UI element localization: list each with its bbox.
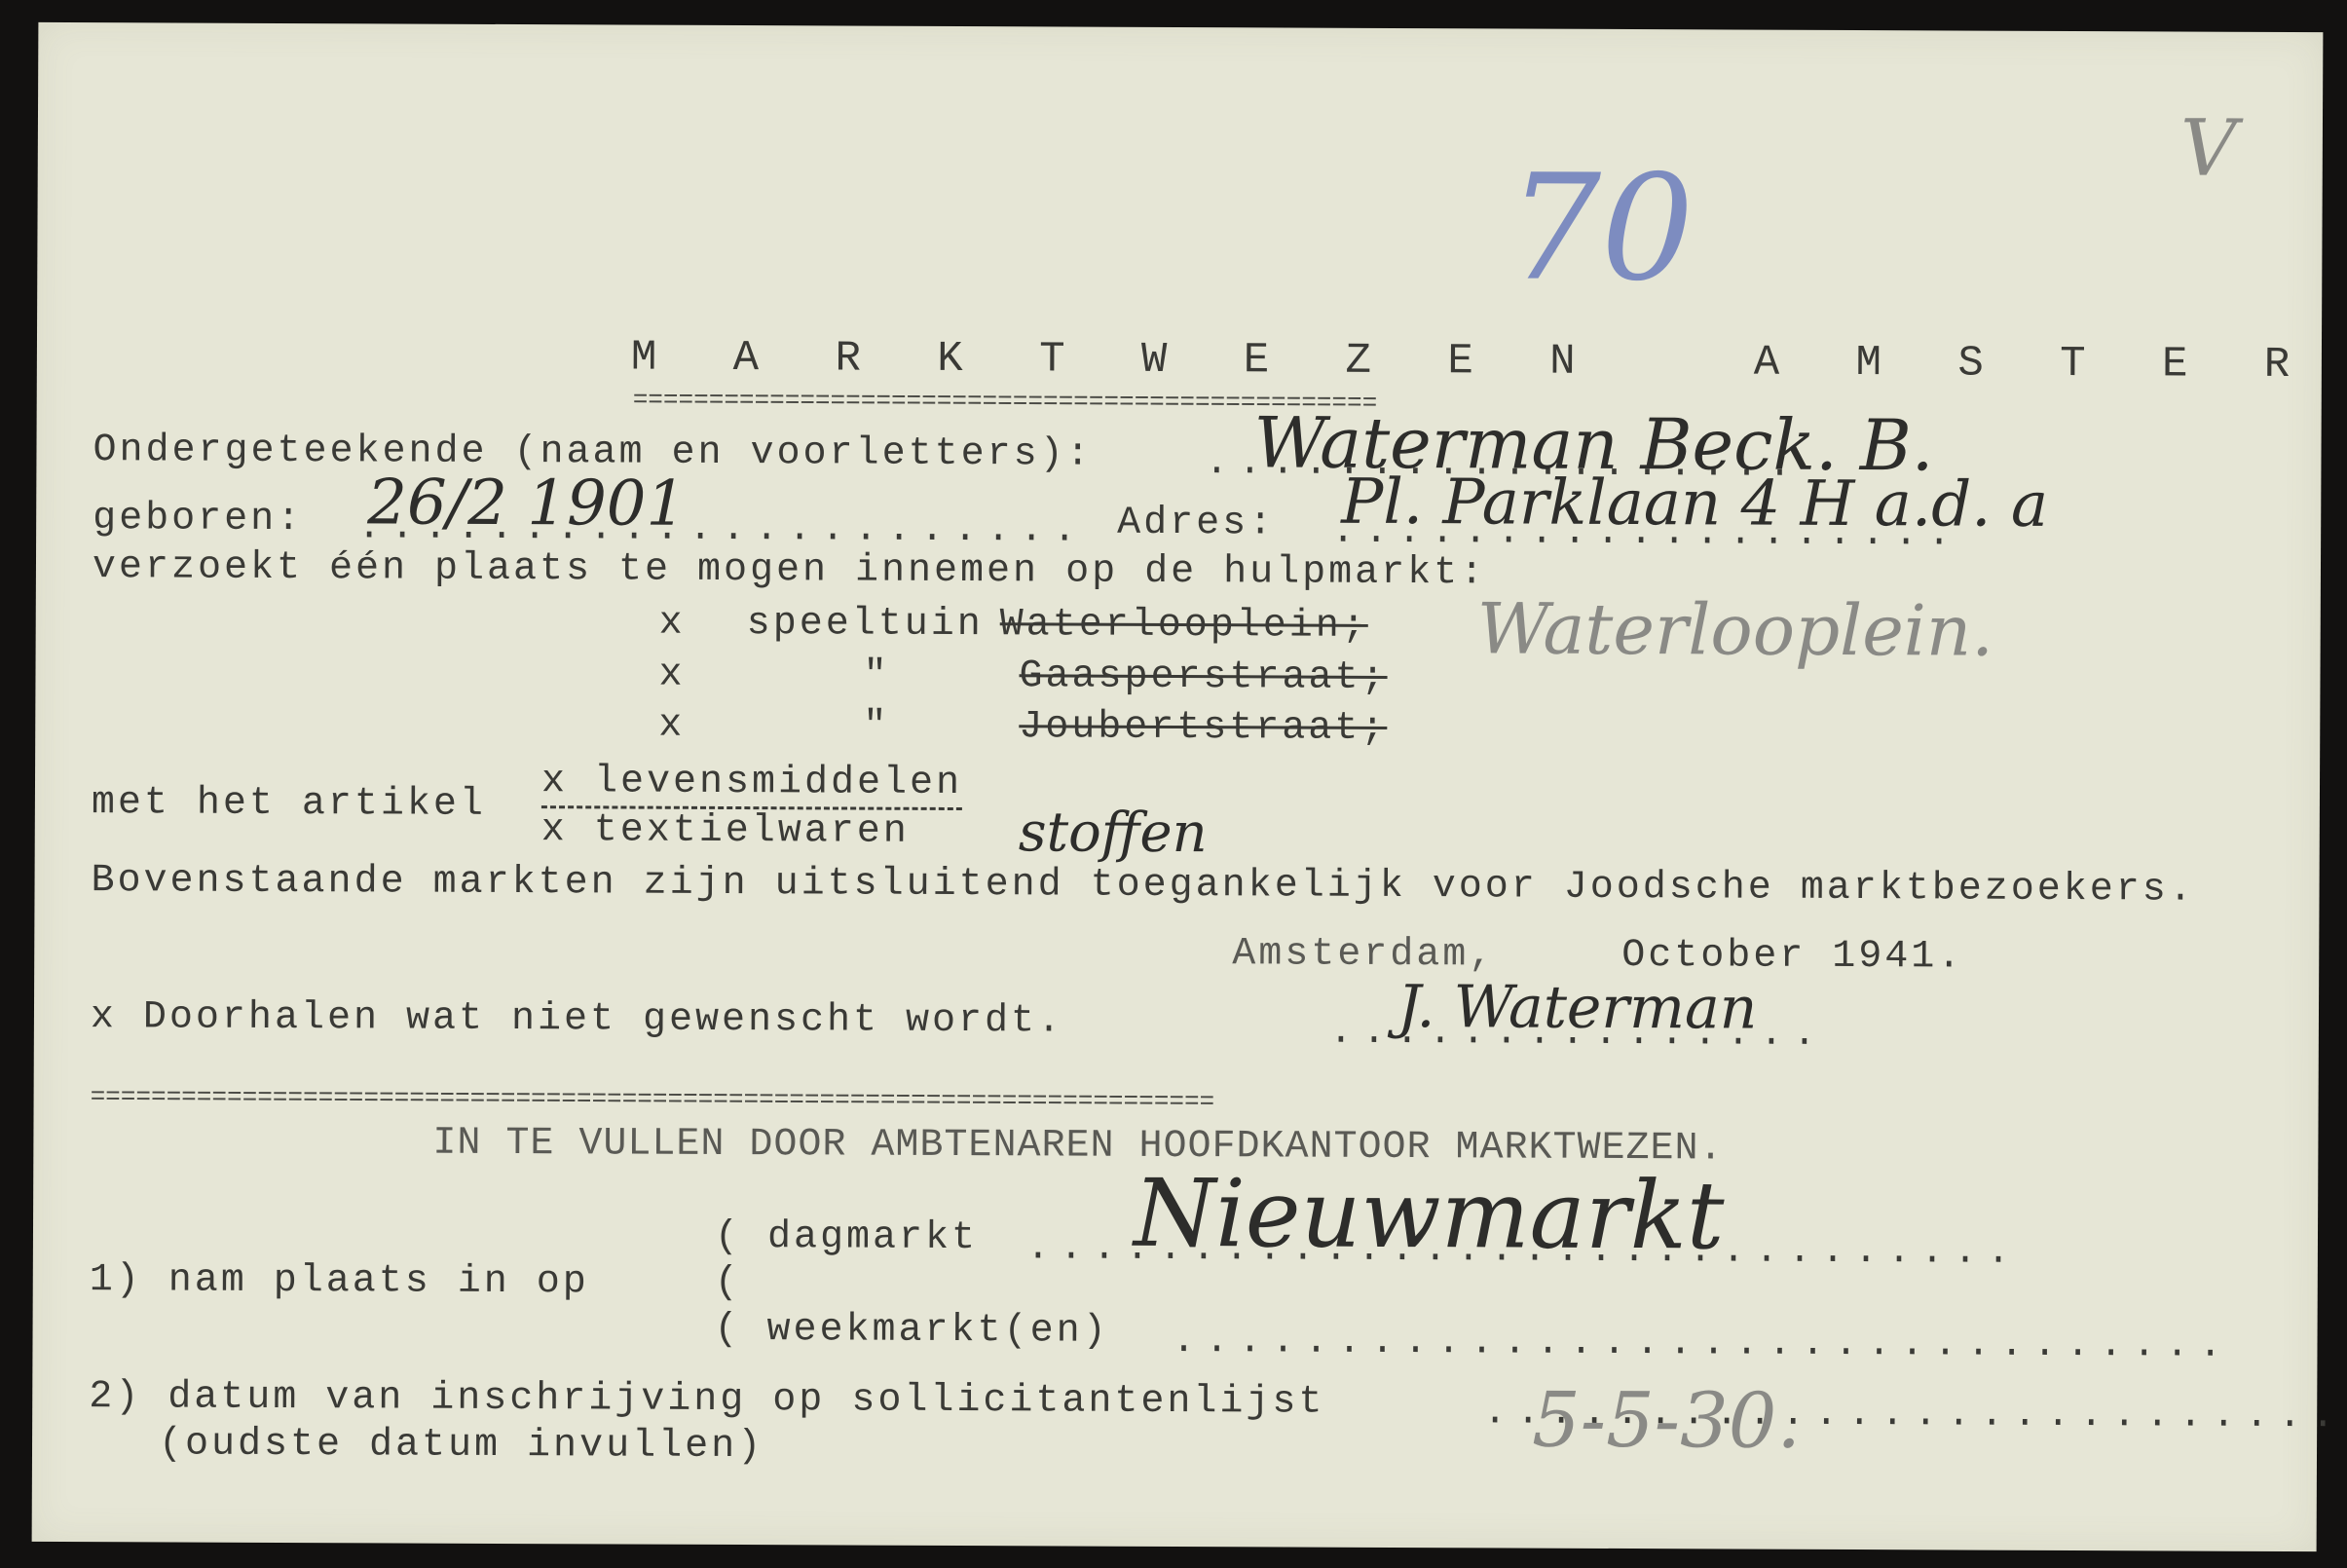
notice-text: Bovenstaande markten zijn uitsluitend to… bbox=[91, 862, 2194, 910]
address-handwritten-value: Pl. Parklaan 4 H a.d. a bbox=[1341, 471, 2048, 537]
footnote-text: x Doorhalen wat niet gewenscht wordt. bbox=[91, 998, 1063, 1041]
market-option-marker: x bbox=[658, 656, 685, 695]
item1-label: 1) nam plaats in op bbox=[90, 1261, 589, 1302]
market-option-prefix: speeltuin bbox=[747, 605, 984, 645]
market-option-marker: x bbox=[659, 605, 686, 644]
corner-check-mark: V bbox=[2180, 109, 2237, 187]
market-handwritten-value: Waterlooplein. bbox=[1477, 593, 1994, 665]
market-option-struck: Joubertstraat; bbox=[1019, 708, 1387, 749]
market-option-marker: x bbox=[658, 707, 685, 746]
item2-sub-label: (oudste datum invullen) bbox=[159, 1425, 764, 1467]
document-title: M A R K T W E Z E N A M S T E R D A M. bbox=[631, 337, 2347, 389]
born-handwritten-value: 26/2 1901 bbox=[367, 471, 686, 535]
article-option-food: x levensmiddelen bbox=[541, 763, 962, 810]
item2-label: 2) datum van inschrijving op sollicitant… bbox=[89, 1378, 1324, 1423]
market-option-struck: Waterlooplein; bbox=[1000, 606, 1368, 647]
blue-annotation-number: 70 bbox=[1508, 155, 1695, 302]
document-card: V 70 M A R K T W E Z E N A M S T E R D A… bbox=[32, 22, 2324, 1551]
market-option-prefix: " bbox=[863, 657, 889, 696]
weekmarket-label: ( weekmarkt(en) bbox=[714, 1311, 1108, 1352]
applicant-signature: J. Waterman bbox=[1397, 978, 1758, 1038]
market-option-prefix: " bbox=[863, 708, 889, 747]
article-option-textiles: x textielwaren bbox=[541, 811, 910, 852]
daymarket-label: ( dagmarkt bbox=[715, 1218, 978, 1258]
date-text: October 1941. bbox=[1621, 937, 1963, 978]
section-separator: ========================================… bbox=[91, 1084, 1215, 1114]
daymarket-handwritten-value: Nieuwmarkt bbox=[1134, 1167, 1725, 1263]
registration-date-handwritten: 5-5-30. bbox=[1532, 1383, 1801, 1460]
weekmarket-dotted-line: ................................ bbox=[1172, 1323, 2231, 1366]
place-text: Amsterdam, bbox=[1232, 935, 1495, 975]
address-label: Adres: bbox=[1117, 504, 1275, 544]
born-label: geboren: bbox=[93, 500, 303, 540]
market-option-struck: Gaasperstraat; bbox=[1019, 657, 1387, 698]
request-text: verzoekt één plaats te mogen innemen op … bbox=[93, 548, 1486, 593]
article-handwritten-value: stoffen bbox=[1019, 805, 1208, 861]
item1-brace: ( bbox=[715, 1264, 741, 1303]
article-label: met het artikel bbox=[92, 784, 486, 825]
